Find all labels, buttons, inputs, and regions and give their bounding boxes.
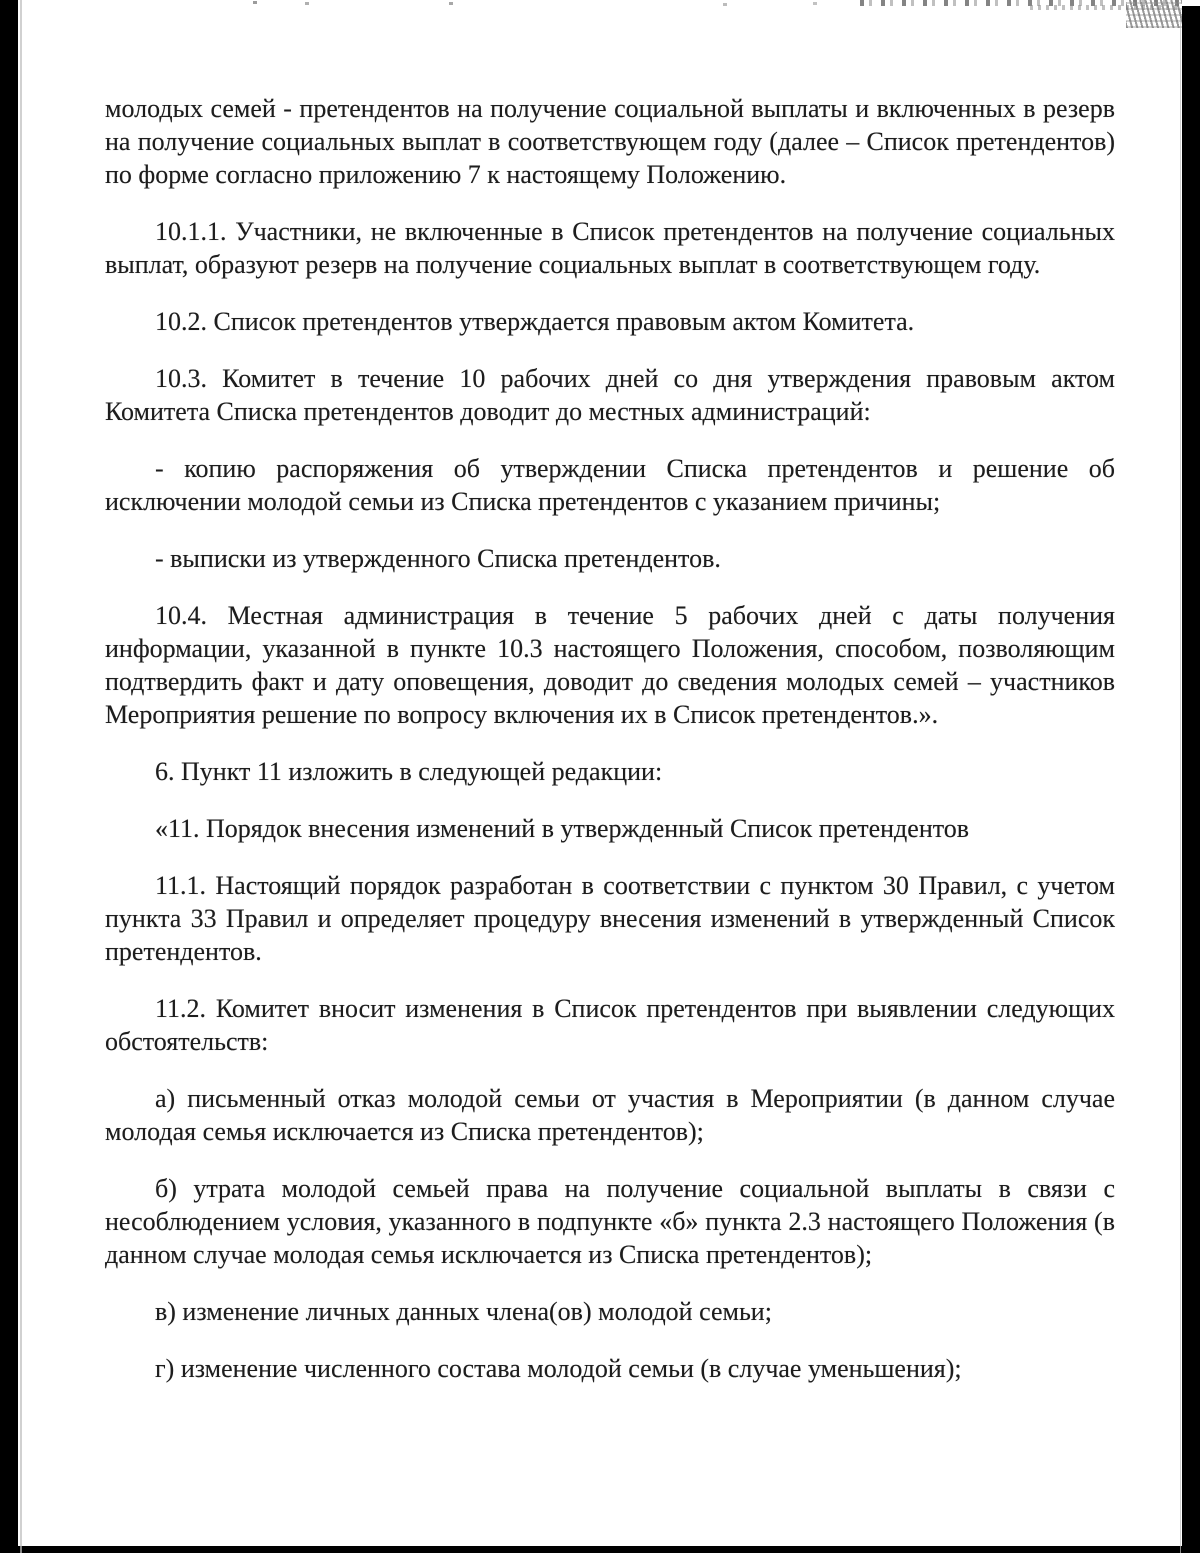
heading-section-11: «11. Порядок внесения изменений в утверж… xyxy=(105,812,1115,845)
scan-border-left xyxy=(0,0,18,1553)
scan-border-right xyxy=(1182,6,1200,1553)
paragraph-continuation: молодых семей - претендентов на получени… xyxy=(105,92,1115,191)
paragraph-11-2: 11.2. Комитет вносит изменения в Список … xyxy=(105,992,1115,1058)
paragraph-clause-6: 6. Пункт 11 изложить в следующей редакци… xyxy=(105,755,1115,788)
scan-border-bottom xyxy=(0,1546,1200,1553)
list-item-dash-extract: - выписки из утвержденного Списка претен… xyxy=(105,542,1115,575)
paragraph-10-3: 10.3. Комитет в течение 10 рабочих дней … xyxy=(105,362,1115,428)
paragraph-11-1: 11.1. Настоящий порядок разработан в соо… xyxy=(105,869,1115,968)
scan-specks xyxy=(253,1,257,4)
paragraph-10-4: 10.4. Местная администрация в течение 5 … xyxy=(105,599,1115,731)
list-item-b: б) утрата молодой семьей права на получе… xyxy=(105,1172,1115,1271)
list-item-v: в) изменение личных данных члена(ов) мол… xyxy=(105,1295,1115,1328)
scan-edge-shadow-left xyxy=(20,0,22,1553)
list-item-dash-copy: - копию распоряжения об утверждении Спис… xyxy=(105,452,1115,518)
list-item-a: а) письменный отказ молодой семьи от уча… xyxy=(105,1082,1115,1148)
document-text-block: молодых семей - претендентов на получени… xyxy=(105,92,1115,1409)
paragraph-10-2: 10.2. Список претендентов утверждается п… xyxy=(105,305,1115,338)
paragraph-10-1-1: 10.1.1. Участники, не включенные в Списо… xyxy=(105,215,1115,281)
scanned-document-page: { "page": { "background": "#ffffff", "te… xyxy=(0,0,1200,1553)
list-item-g: г) изменение численного состава молодой … xyxy=(105,1352,1115,1385)
scan-noise-corner xyxy=(1126,0,1182,28)
scan-edge-shadow-right xyxy=(1180,10,1181,1553)
